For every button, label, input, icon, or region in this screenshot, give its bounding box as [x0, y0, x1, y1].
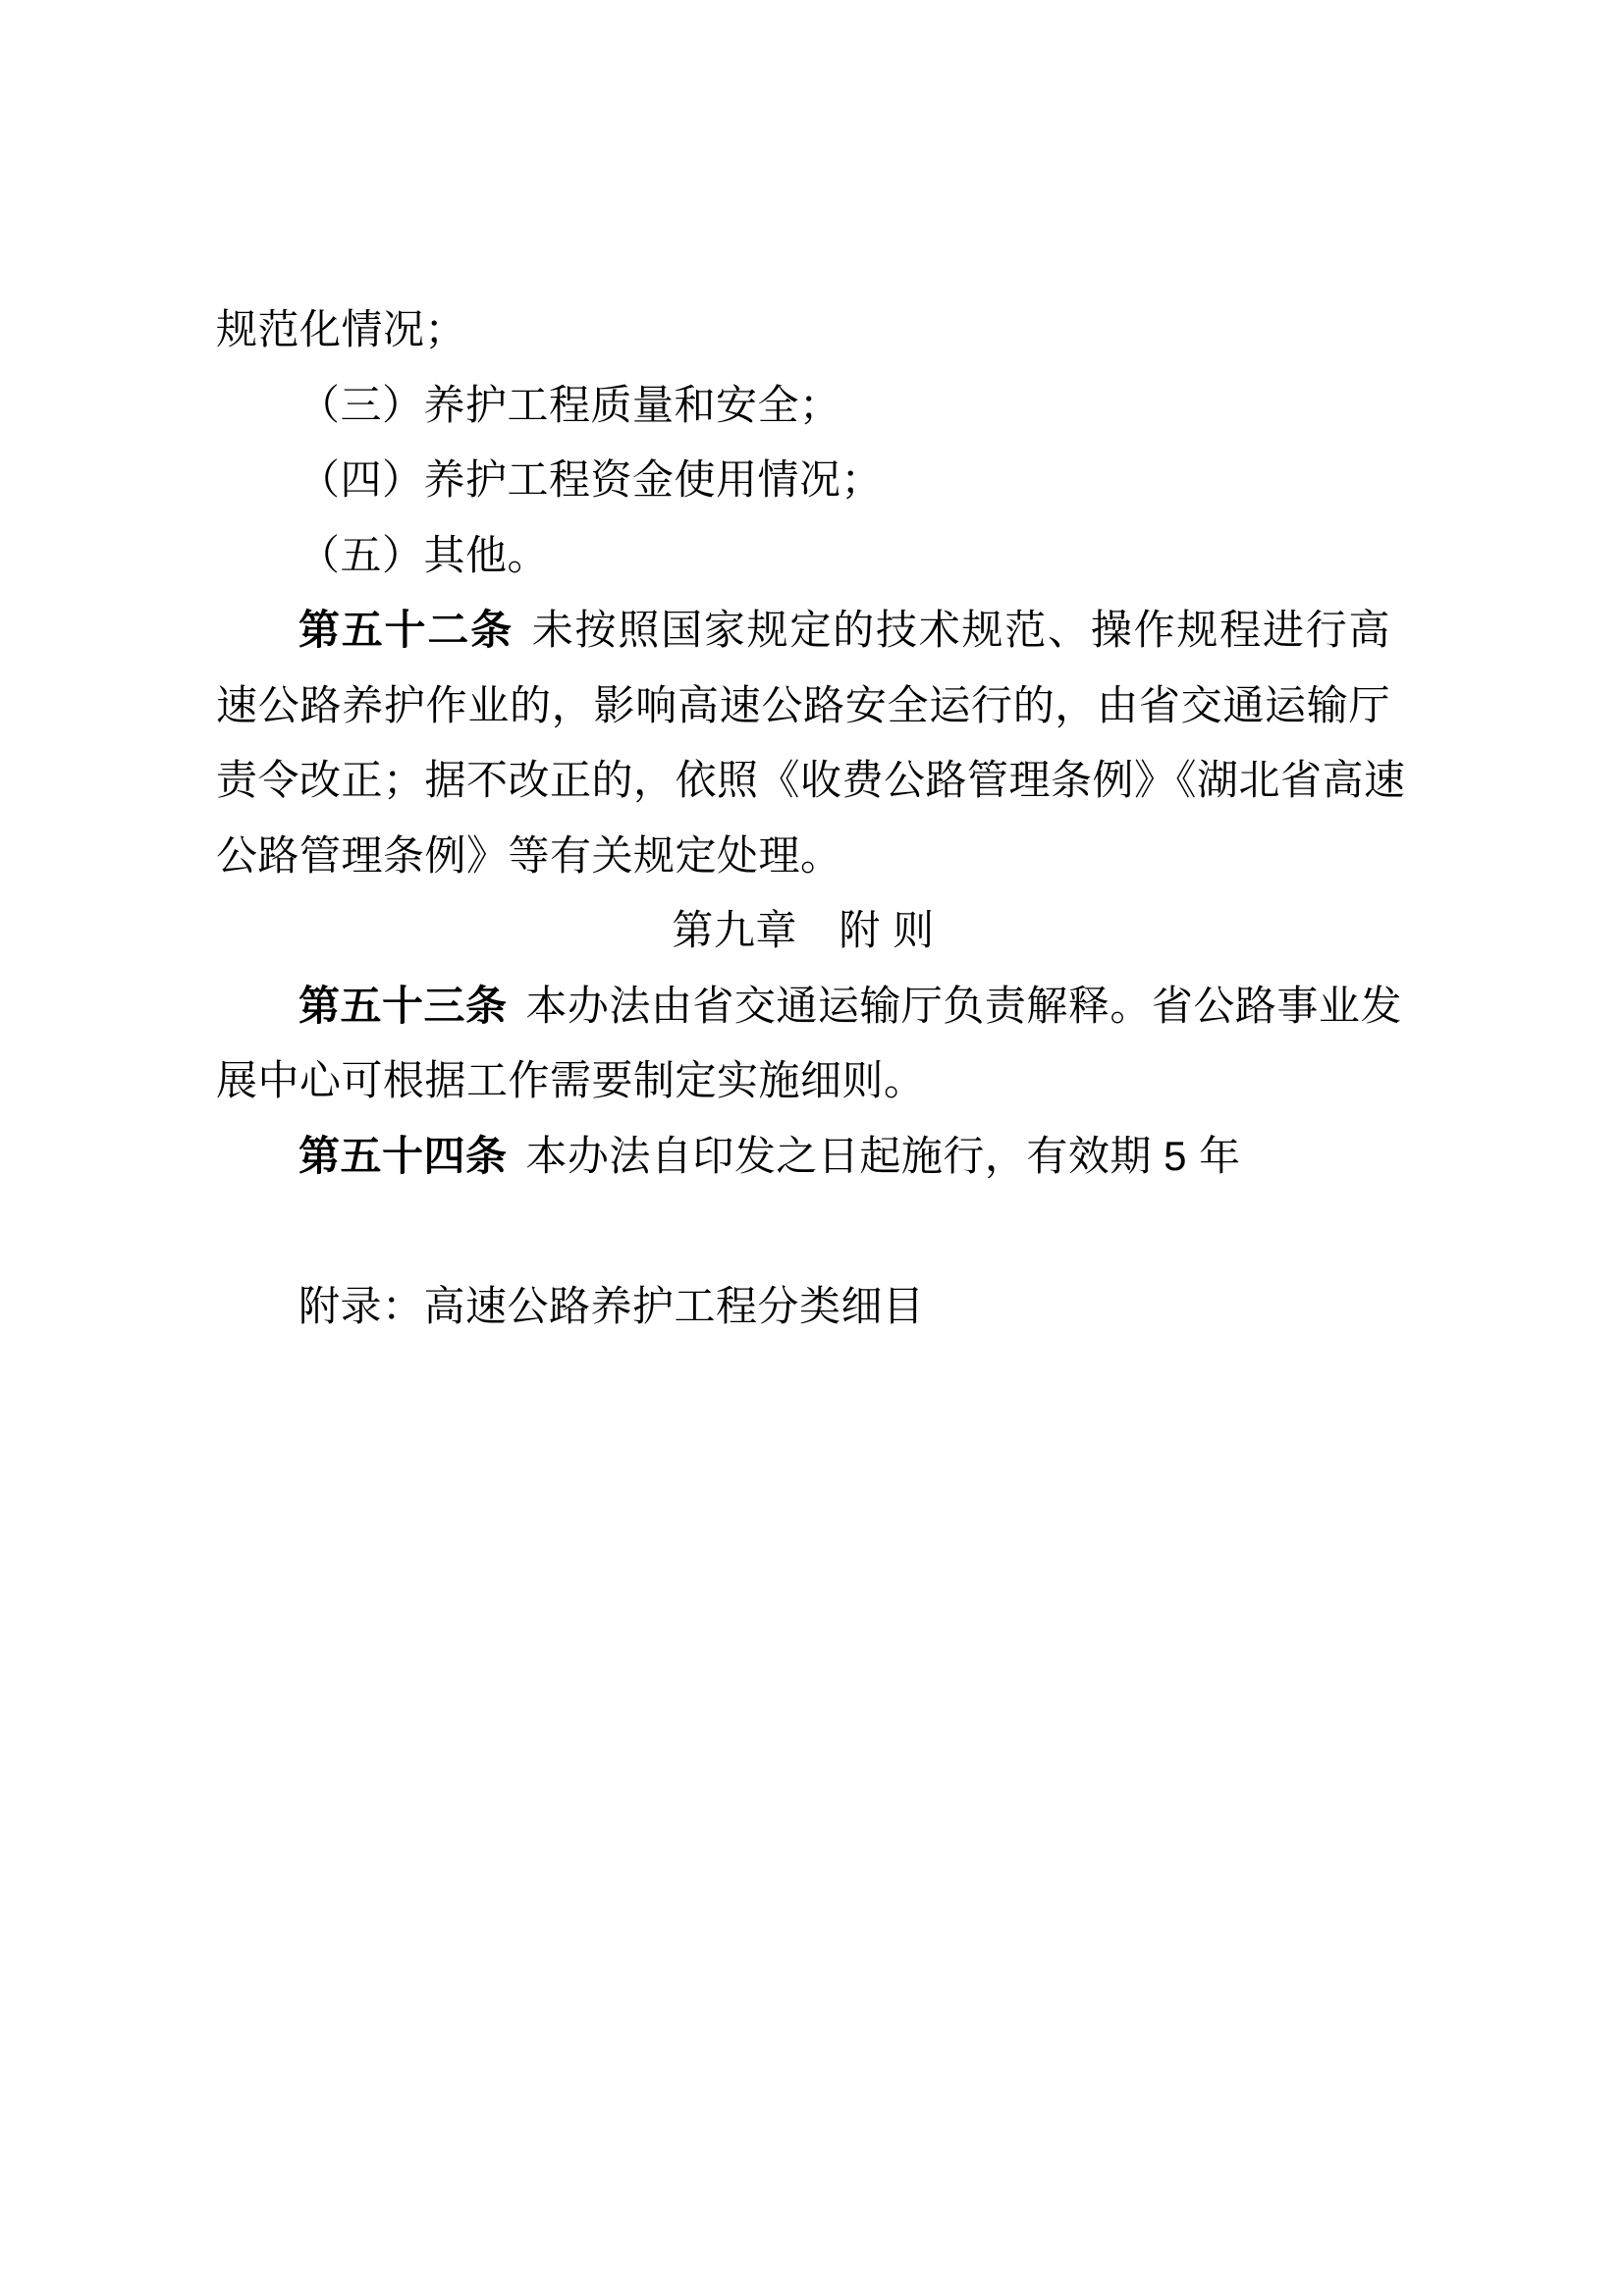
- article-54-number: 第五十四条: [298, 1133, 508, 1179]
- article-53-text: 本办法由省交通运输厅负责解释。省公路事业发: [525, 983, 1402, 1029]
- document-body: 规范化情况； （三）养护工程质量和安全； （四）养护工程资金使用情况； （五）其…: [216, 293, 1390, 1344]
- paragraph-continuation-line: 规范化情况；: [216, 293, 1390, 368]
- article-52-line-2: 速公路养护作业的，影响高速公路安全运行的，由省交通运输厅: [216, 668, 1390, 744]
- article-52-line-1: 第五十二条未按照国家规定的技术规范、操作规程进行高: [216, 593, 1390, 668]
- article-54-text: 本办法自印发之日起施行，有效期 5 年: [525, 1133, 1240, 1179]
- article-52-text: 未按照国家规定的技术规范、操作规程进行高: [532, 607, 1390, 653]
- article-53-line-1: 第五十三条本办法由省交通运输厅负责解释。省公路事业发: [216, 969, 1390, 1044]
- list-item-three: （三）养护工程质量和安全；: [216, 368, 1390, 444]
- list-item-five: （五）其他。: [216, 518, 1390, 594]
- document-page: 规范化情况； （三）养护工程质量和安全； （四）养护工程资金使用情况； （五）其…: [0, 0, 1624, 2296]
- appendix-note-line: 附录：高速公路养护工程分类细目: [216, 1269, 1390, 1345]
- list-item-four: （四）养护工程资金使用情况；: [216, 443, 1390, 518]
- blank-line: [216, 1194, 1390, 1269]
- article-54-line: 第五十四条本办法自印发之日起施行，有效期 5 年: [216, 1119, 1390, 1195]
- article-53-line-2: 展中心可根据工作需要制定实施细则。: [216, 1043, 1390, 1119]
- article-52-line-3: 责令改正；据不改正的，依照《收费公路管理条例》《湖北省高速: [216, 743, 1390, 819]
- article-53-number: 第五十三条: [298, 983, 508, 1029]
- article-52-line-4: 公路管理条例》等有关规定处理。: [216, 819, 1390, 894]
- chapter-9-heading: 第九章 附 则: [216, 893, 1390, 969]
- article-52-number: 第五十二条: [298, 607, 514, 653]
